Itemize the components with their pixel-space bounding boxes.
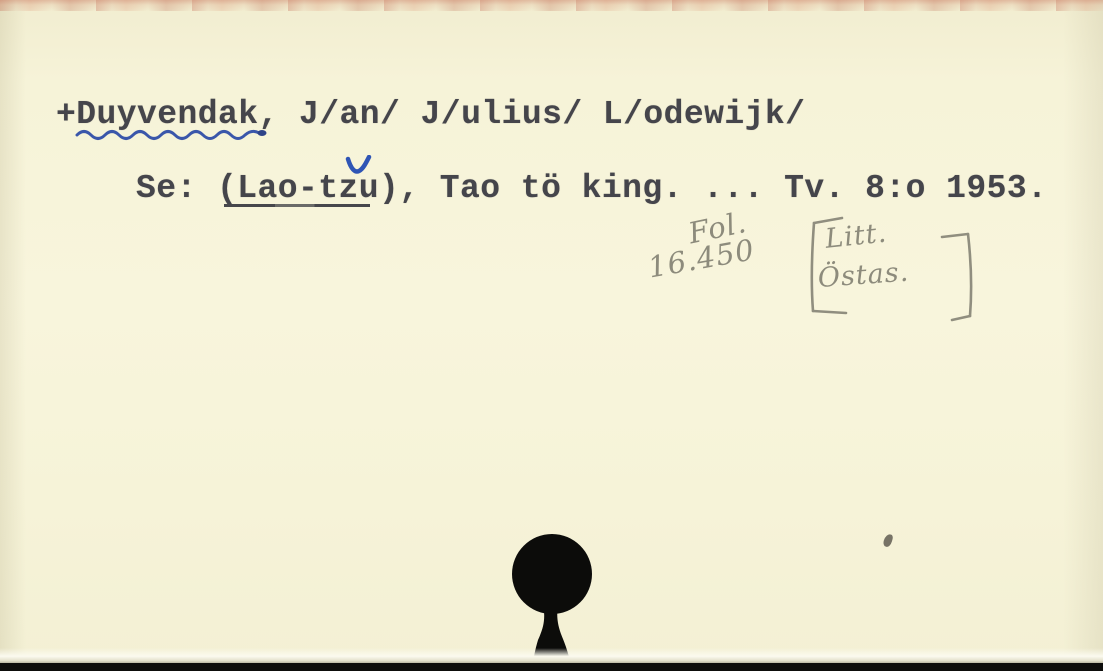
reference-line: Se: (Lao-tzu), Tao tö king. ... Tv. 8:o … bbox=[136, 172, 1047, 205]
bottom-dark-gap bbox=[0, 663, 1103, 671]
card-top-edge bbox=[0, 0, 1103, 11]
card-bottom-edge-highlight bbox=[0, 648, 1103, 663]
left-edge-shadow bbox=[0, 0, 26, 671]
ink-speck bbox=[882, 533, 893, 548]
catalog-card: +Duyvendak, J/an/ J/ulius/ L/odewijk/ Se… bbox=[0, 0, 1103, 671]
typed-underline-lao-tzu bbox=[224, 204, 370, 207]
pencil-brackets bbox=[790, 210, 990, 328]
blue-breve-mark bbox=[344, 155, 372, 177]
blue-wavy-underline bbox=[74, 126, 270, 142]
right-edge-shadow bbox=[1063, 0, 1103, 671]
handwritten-shelf-number: 16.450 bbox=[646, 235, 757, 282]
